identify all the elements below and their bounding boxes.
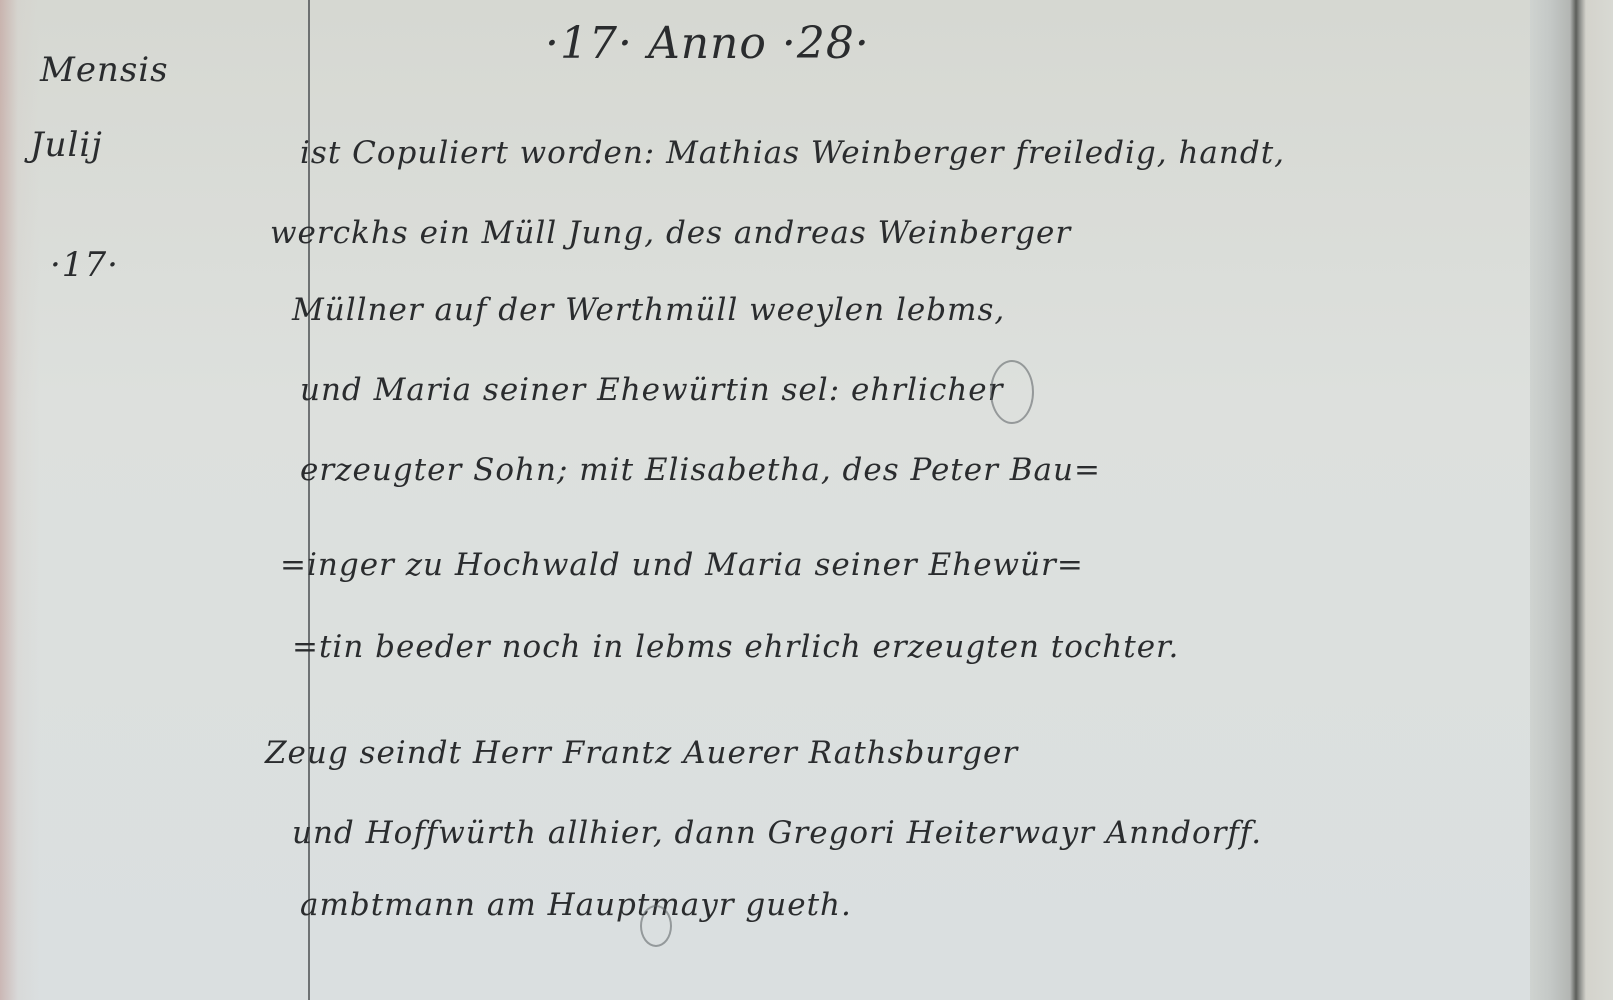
- entry-line-6: =inger zu Hochwald und Maria seiner Ehew…: [280, 540, 1084, 590]
- entry-line-7: =tin beeder noch in lebms ehrlich erzeug…: [292, 622, 1179, 672]
- margin-month-label: Mensis: [40, 40, 169, 100]
- register-page: Mensis Julij ·17· ·17· Anno ·28· ist Cop…: [0, 0, 1613, 1000]
- margin-day: ·17·: [50, 235, 119, 295]
- entry-line-8: Zeug seindt Herr Frantz Auerer Rathsburg…: [265, 728, 1018, 778]
- entry-line-9: und Hoffwürth allhier, dann Gregori Heit…: [292, 808, 1262, 858]
- entry-line-5: erzeugter Sohn; mit Elisabetha, des Pete…: [300, 445, 1101, 495]
- book-gutter: [1530, 0, 1613, 1000]
- margin-month-name: Julij: [30, 115, 103, 175]
- entry-line-10: ambtmann am Hauptmayr gueth.: [300, 880, 852, 930]
- entry-line-4: und Maria seiner Ehewürtin sel: ehrliche…: [300, 365, 1003, 415]
- entry-line-3: Müllner auf der Werthmüll weeylen lebms,: [292, 285, 1005, 335]
- entry-line-1: ist Copuliert worden: Mathias Weinberger…: [300, 128, 1285, 178]
- year-header: ·17· Anno ·28·: [545, 18, 870, 69]
- ink-flourish: [640, 905, 672, 947]
- entry-line-2: werckhs ein Müll Jung, des andreas Weinb…: [270, 208, 1071, 258]
- ink-flourish: [990, 360, 1034, 424]
